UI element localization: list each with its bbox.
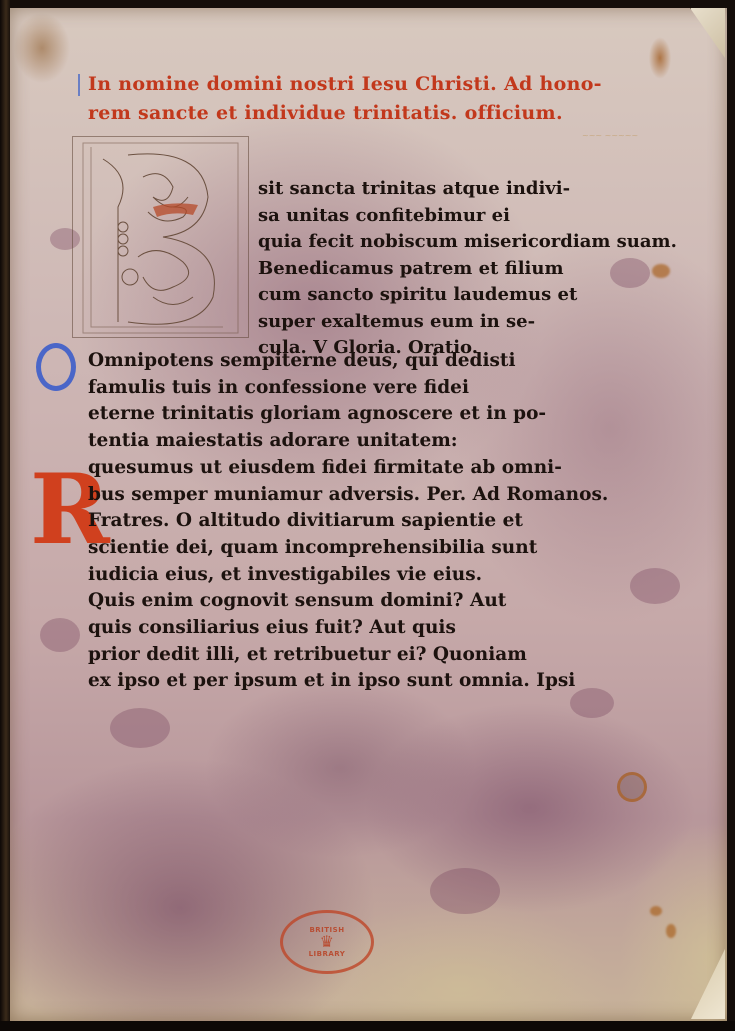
text-line: bus semper muniamur adversis. Per. Ad Ro… [88, 482, 538, 509]
stain-spot [430, 868, 500, 914]
rust-stain [652, 264, 670, 278]
stamp-bottom-text: LIBRARY [309, 950, 346, 958]
rust-stain [666, 924, 676, 938]
scan-border [0, 1021, 735, 1031]
text-line: iudicia eius, et investigabiles vie eius… [88, 562, 538, 589]
crown-icon: ♛ [320, 934, 335, 950]
foliate-initial-drawing [73, 137, 248, 337]
worm-hole [617, 772, 647, 802]
binding-edge [0, 0, 10, 1031]
text-line: quia fecit nobiscum misericordiam suam. [258, 229, 543, 256]
text-line: prior dedit illi, et retribuetur ei? Quo… [88, 642, 538, 669]
text-line: Quis enim cognovit sensum domini? Aut [88, 588, 538, 615]
stain-spot [570, 688, 614, 718]
stain-spot [610, 258, 650, 288]
text-line: Benedicamus patrem et filium [258, 256, 543, 283]
faint-marginal-note: ~~~ ~~~~~ [582, 131, 638, 140]
text-line: cum sancto spiritu laudemus et [258, 282, 543, 309]
text-line: eterne trinitatis gloriam agnoscere et i… [88, 401, 538, 428]
heading-line: rem sancte et individue trinitatis. offi… [88, 99, 528, 128]
text-line: quis consiliarius eius fuit? Aut quis [88, 615, 538, 642]
text-line: Fratres. O altitudo divitiarum sapientie… [88, 508, 538, 535]
text-line: famulis tuis in confessione vere fidei [88, 375, 538, 402]
decorated-initial-b [72, 136, 249, 338]
red-initial-r: R [30, 460, 78, 560]
blue-initial-o [36, 343, 76, 391]
text-line: quesumus ut eiusdem fidei firmitate ab o… [88, 455, 538, 482]
library-stamp: BRITISH ♛ LIBRARY [280, 910, 374, 974]
stain-spot [110, 708, 170, 748]
heading-line: In nomine domini nostri Iesu Christi. Ad… [88, 70, 528, 99]
stain-spot [630, 568, 680, 604]
text-line: ex ipso et per ipsum et in ipso sunt omn… [88, 668, 538, 695]
text-line: sit sancta trinitas atque indivi- [258, 176, 543, 203]
stain-spot [40, 618, 80, 652]
text-column-upper: sit sancta trinitas atque indivi- sa uni… [258, 176, 543, 362]
text-line: super exaltemus eum in se- [258, 309, 543, 336]
rust-stain [650, 906, 662, 916]
blue-paraph-mark [78, 74, 80, 96]
text-line: scientie dei, quam incomprehensibilia su… [88, 535, 538, 562]
text-line: Omnipotens sempiterne deus, qui dedisti [88, 348, 538, 375]
text-line: sa unitas confitebimur ei [258, 203, 543, 230]
text-line: tentia maiestatis adorare unitatem: [88, 428, 538, 455]
text-column-lower: Omnipotens sempiterne deus, qui dedisti … [88, 348, 538, 695]
rubric-heading: In nomine domini nostri Iesu Christi. Ad… [88, 70, 528, 128]
